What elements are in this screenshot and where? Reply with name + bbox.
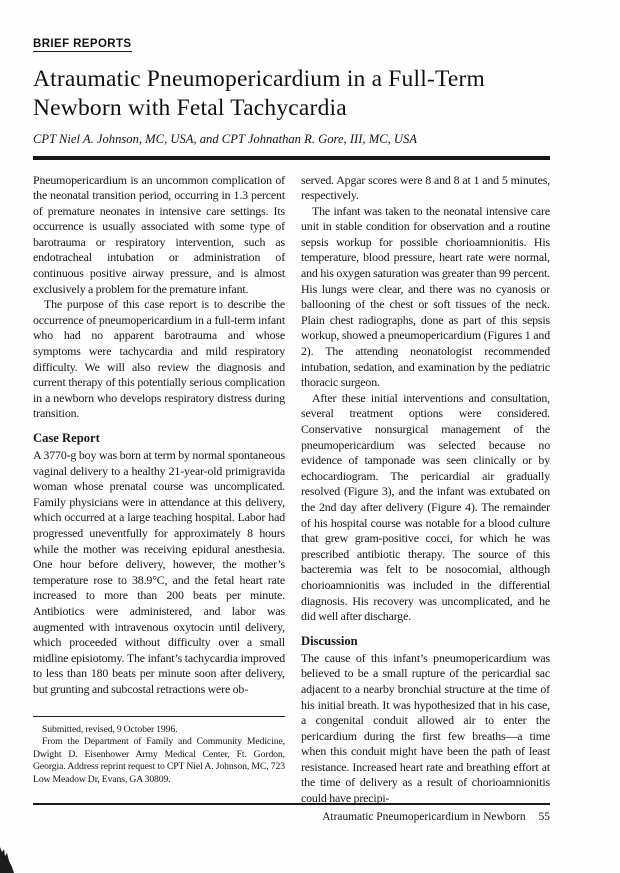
article-content: BRIEF REPORTS Atraumatic Pneumopericardi… xyxy=(33,34,550,818)
scan-ink-smudge xyxy=(0,843,14,873)
body-paragraph: After these initial interventions and co… xyxy=(301,391,550,625)
footnote-divider-rule xyxy=(33,716,285,717)
footnote-affiliation-line: From the Department of Family and Commun… xyxy=(33,736,285,786)
body-paragraph: Pneumopericardium is an uncommon complic… xyxy=(33,173,285,298)
footnote-submitted-line: Submitted, revised, 9 October 1996. xyxy=(33,724,285,737)
left-column: Pneumopericardium is an uncommon complic… xyxy=(33,173,285,818)
body-paragraph: served. Apgar scores were 8 and 8 at 1 a… xyxy=(301,173,550,204)
footnote-block: Submitted, revised, 9 October 1996. From… xyxy=(33,724,285,787)
article-title: Atraumatic Pneumopericardium in a Full-T… xyxy=(33,65,550,123)
body-paragraph: A 3770-g boy was born at term by normal … xyxy=(33,448,285,698)
running-title: Atraumatic Pneumopericardium in Newborn xyxy=(322,811,525,823)
article-title-line-1: Atraumatic Pneumopericardium in a Full-T… xyxy=(33,65,550,94)
authors-byline: CPT Niel A. Johnson, MC, USA, and CPT Jo… xyxy=(33,132,550,147)
body-paragraph: The cause of this infant’s pneumopericar… xyxy=(301,651,550,807)
article-title-line-2: Newborn with Fetal Tachycardia xyxy=(33,94,550,123)
body-paragraph: The infant was taken to the neonatal int… xyxy=(301,204,550,391)
running-footer: Atraumatic Pneumopericardium in Newborn … xyxy=(33,811,550,823)
footer-divider-rule xyxy=(33,803,550,805)
section-heading-discussion: Discussion xyxy=(301,634,550,649)
section-kicker: BRIEF REPORTS xyxy=(33,38,132,52)
right-column: served. Apgar scores were 8 and 8 at 1 a… xyxy=(301,173,550,818)
section-heading-case-report: Case Report xyxy=(33,431,285,446)
journal-page: BRIEF REPORTS Atraumatic Pneumopericardi… xyxy=(0,0,620,873)
title-divider-rule xyxy=(33,156,550,160)
body-paragraph: The purpose of this case report is to de… xyxy=(33,297,285,422)
page-footer: Atraumatic Pneumopericardium in Newborn … xyxy=(33,803,550,823)
page-number: 55 xyxy=(539,811,550,823)
two-column-body: Pneumopericardium is an uncommon complic… xyxy=(33,173,550,818)
